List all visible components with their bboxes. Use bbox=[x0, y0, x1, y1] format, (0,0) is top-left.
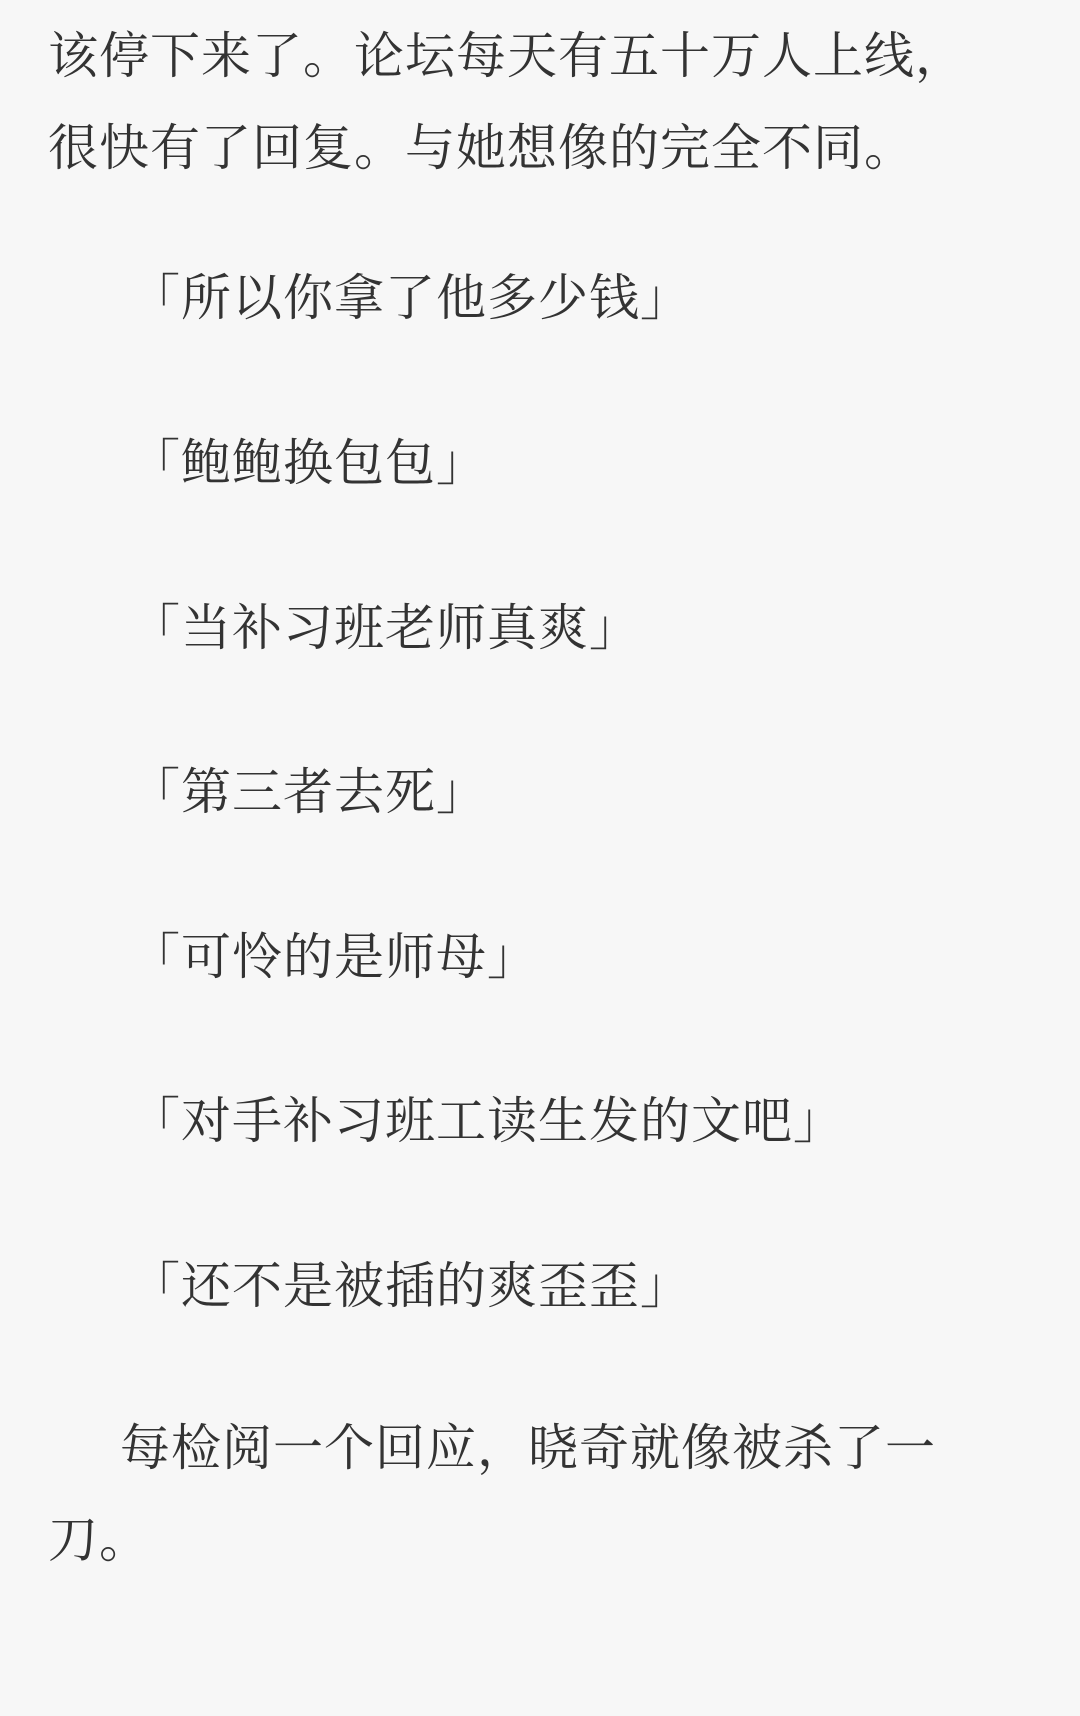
paragraph-line: 每检阅一个回应，晓奇就像被杀了一 bbox=[48, 1402, 1028, 1494]
document-page: 该停下来了。论坛每天有五十万人上线， 很快有了回复。与她想像的完全不同。 「所以… bbox=[0, 0, 1080, 1716]
quoted-reply: 「第三者去死」 bbox=[130, 762, 487, 822]
quoted-reply: 「对手补习班工读生发的文吧」 bbox=[130, 1091, 844, 1151]
quoted-reply: 「所以你拿了他多少钱」 bbox=[130, 268, 691, 328]
quoted-reply: 「还不是被插的爽歪歪」 bbox=[130, 1256, 691, 1316]
quoted-reply: 「鲍鲍换包包」 bbox=[130, 433, 487, 493]
quoted-reply: 「可怜的是师母」 bbox=[130, 927, 538, 987]
paragraph-line: 该停下来了。论坛每天有五十万人上线， bbox=[48, 10, 1008, 102]
paragraph-line: 刀。 bbox=[48, 1494, 1028, 1586]
quoted-reply: 「当补习班老师真爽」 bbox=[130, 598, 640, 658]
opening-paragraph: 该停下来了。论坛每天有五十万人上线， 很快有了回复。与她想像的完全不同。 bbox=[48, 10, 1008, 194]
closing-paragraph: 每检阅一个回应，晓奇就像被杀了一 刀。 bbox=[48, 1402, 1028, 1586]
paragraph-line: 很快有了回复。与她想像的完全不同。 bbox=[48, 102, 1008, 194]
